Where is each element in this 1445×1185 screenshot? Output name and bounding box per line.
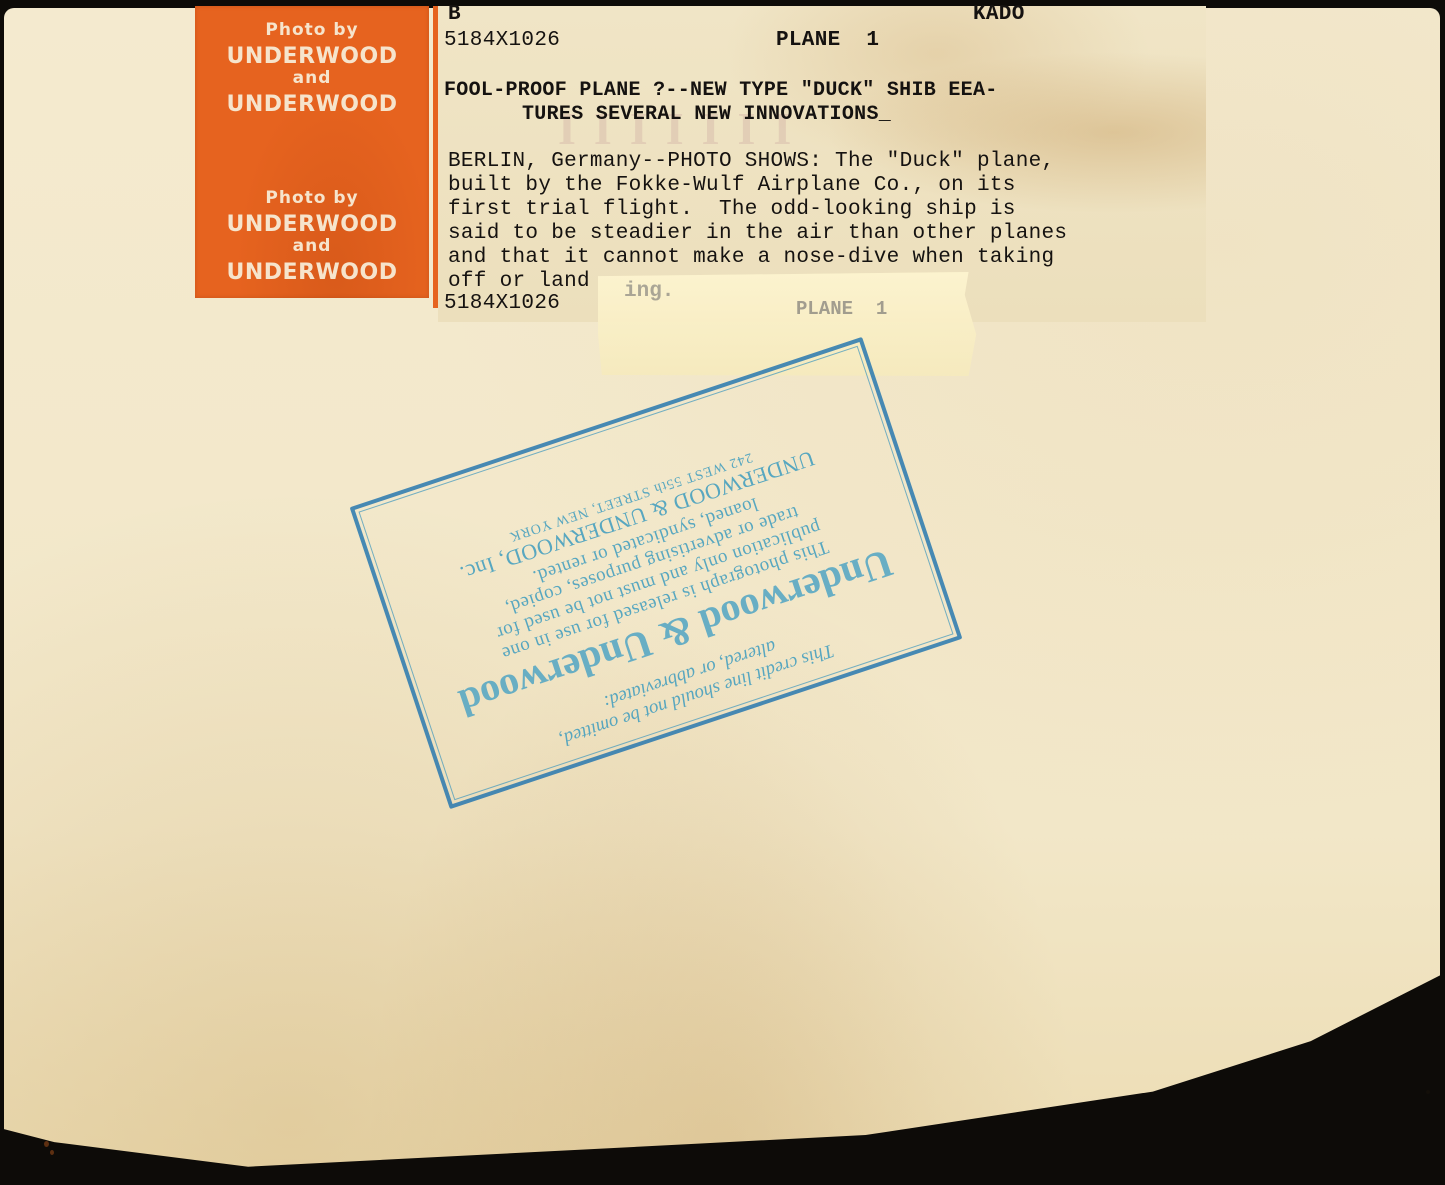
caption-body-line: and that it cannot make a nose-dive when… — [448, 247, 1054, 268]
footer-negative-number: 5184X1026 — [444, 293, 560, 314]
credit-block: Photo by UNDERWOOD and UNDERWOOD — [195, 22, 429, 118]
credit-and: and — [195, 238, 429, 262]
credit-photo-by: Photo by — [195, 190, 429, 214]
agency-code: KADO — [973, 4, 1025, 25]
caption-body-line: said to be steadier in the air than othe… — [448, 223, 1067, 244]
credit-name: UNDERWOOD — [195, 94, 429, 118]
stain-spot — [50, 1150, 54, 1155]
tape-faded-subject: PLANE 1 — [796, 298, 887, 320]
tape-faded-text: ing. — [624, 280, 674, 303]
credit-name: UNDERWOOD — [195, 214, 429, 238]
credit-block: Photo by UNDERWOOD and UNDERWOOD — [195, 190, 429, 286]
negative-number: 5184X1026 — [444, 30, 560, 51]
caption-body-line: BERLIN, Germany--PHOTO SHOWS: The "Duck"… — [448, 151, 1054, 172]
stain-spot — [44, 1141, 49, 1147]
caption-headline-line2: TURES SEVERAL NEW INNOVATIONS_ — [522, 105, 891, 125]
underwood-credit-label: Photo by UNDERWOOD and UNDERWOOD Photo b… — [195, 6, 429, 298]
credit-name: UNDERWOOD — [195, 262, 429, 286]
credit-name: UNDERWOOD — [195, 46, 429, 70]
caption-body-line: built by the Fokke-Wulf Airplane Co., on… — [448, 175, 1016, 196]
credit-and: and — [195, 70, 429, 94]
section-letter: B — [448, 4, 461, 25]
caption-headline-line1: FOOL-PROOF PLANE ?--NEW TYPE "DUCK" SHIB… — [444, 81, 998, 101]
credit-photo-by: Photo by — [195, 22, 429, 46]
caption-body-line: off or land — [448, 271, 590, 292]
stain-spot — [1426, 1090, 1430, 1094]
caption-body-line: first trial flight. The odd-looking ship… — [448, 199, 1016, 220]
caption-subject: PLANE 1 — [776, 30, 879, 51]
